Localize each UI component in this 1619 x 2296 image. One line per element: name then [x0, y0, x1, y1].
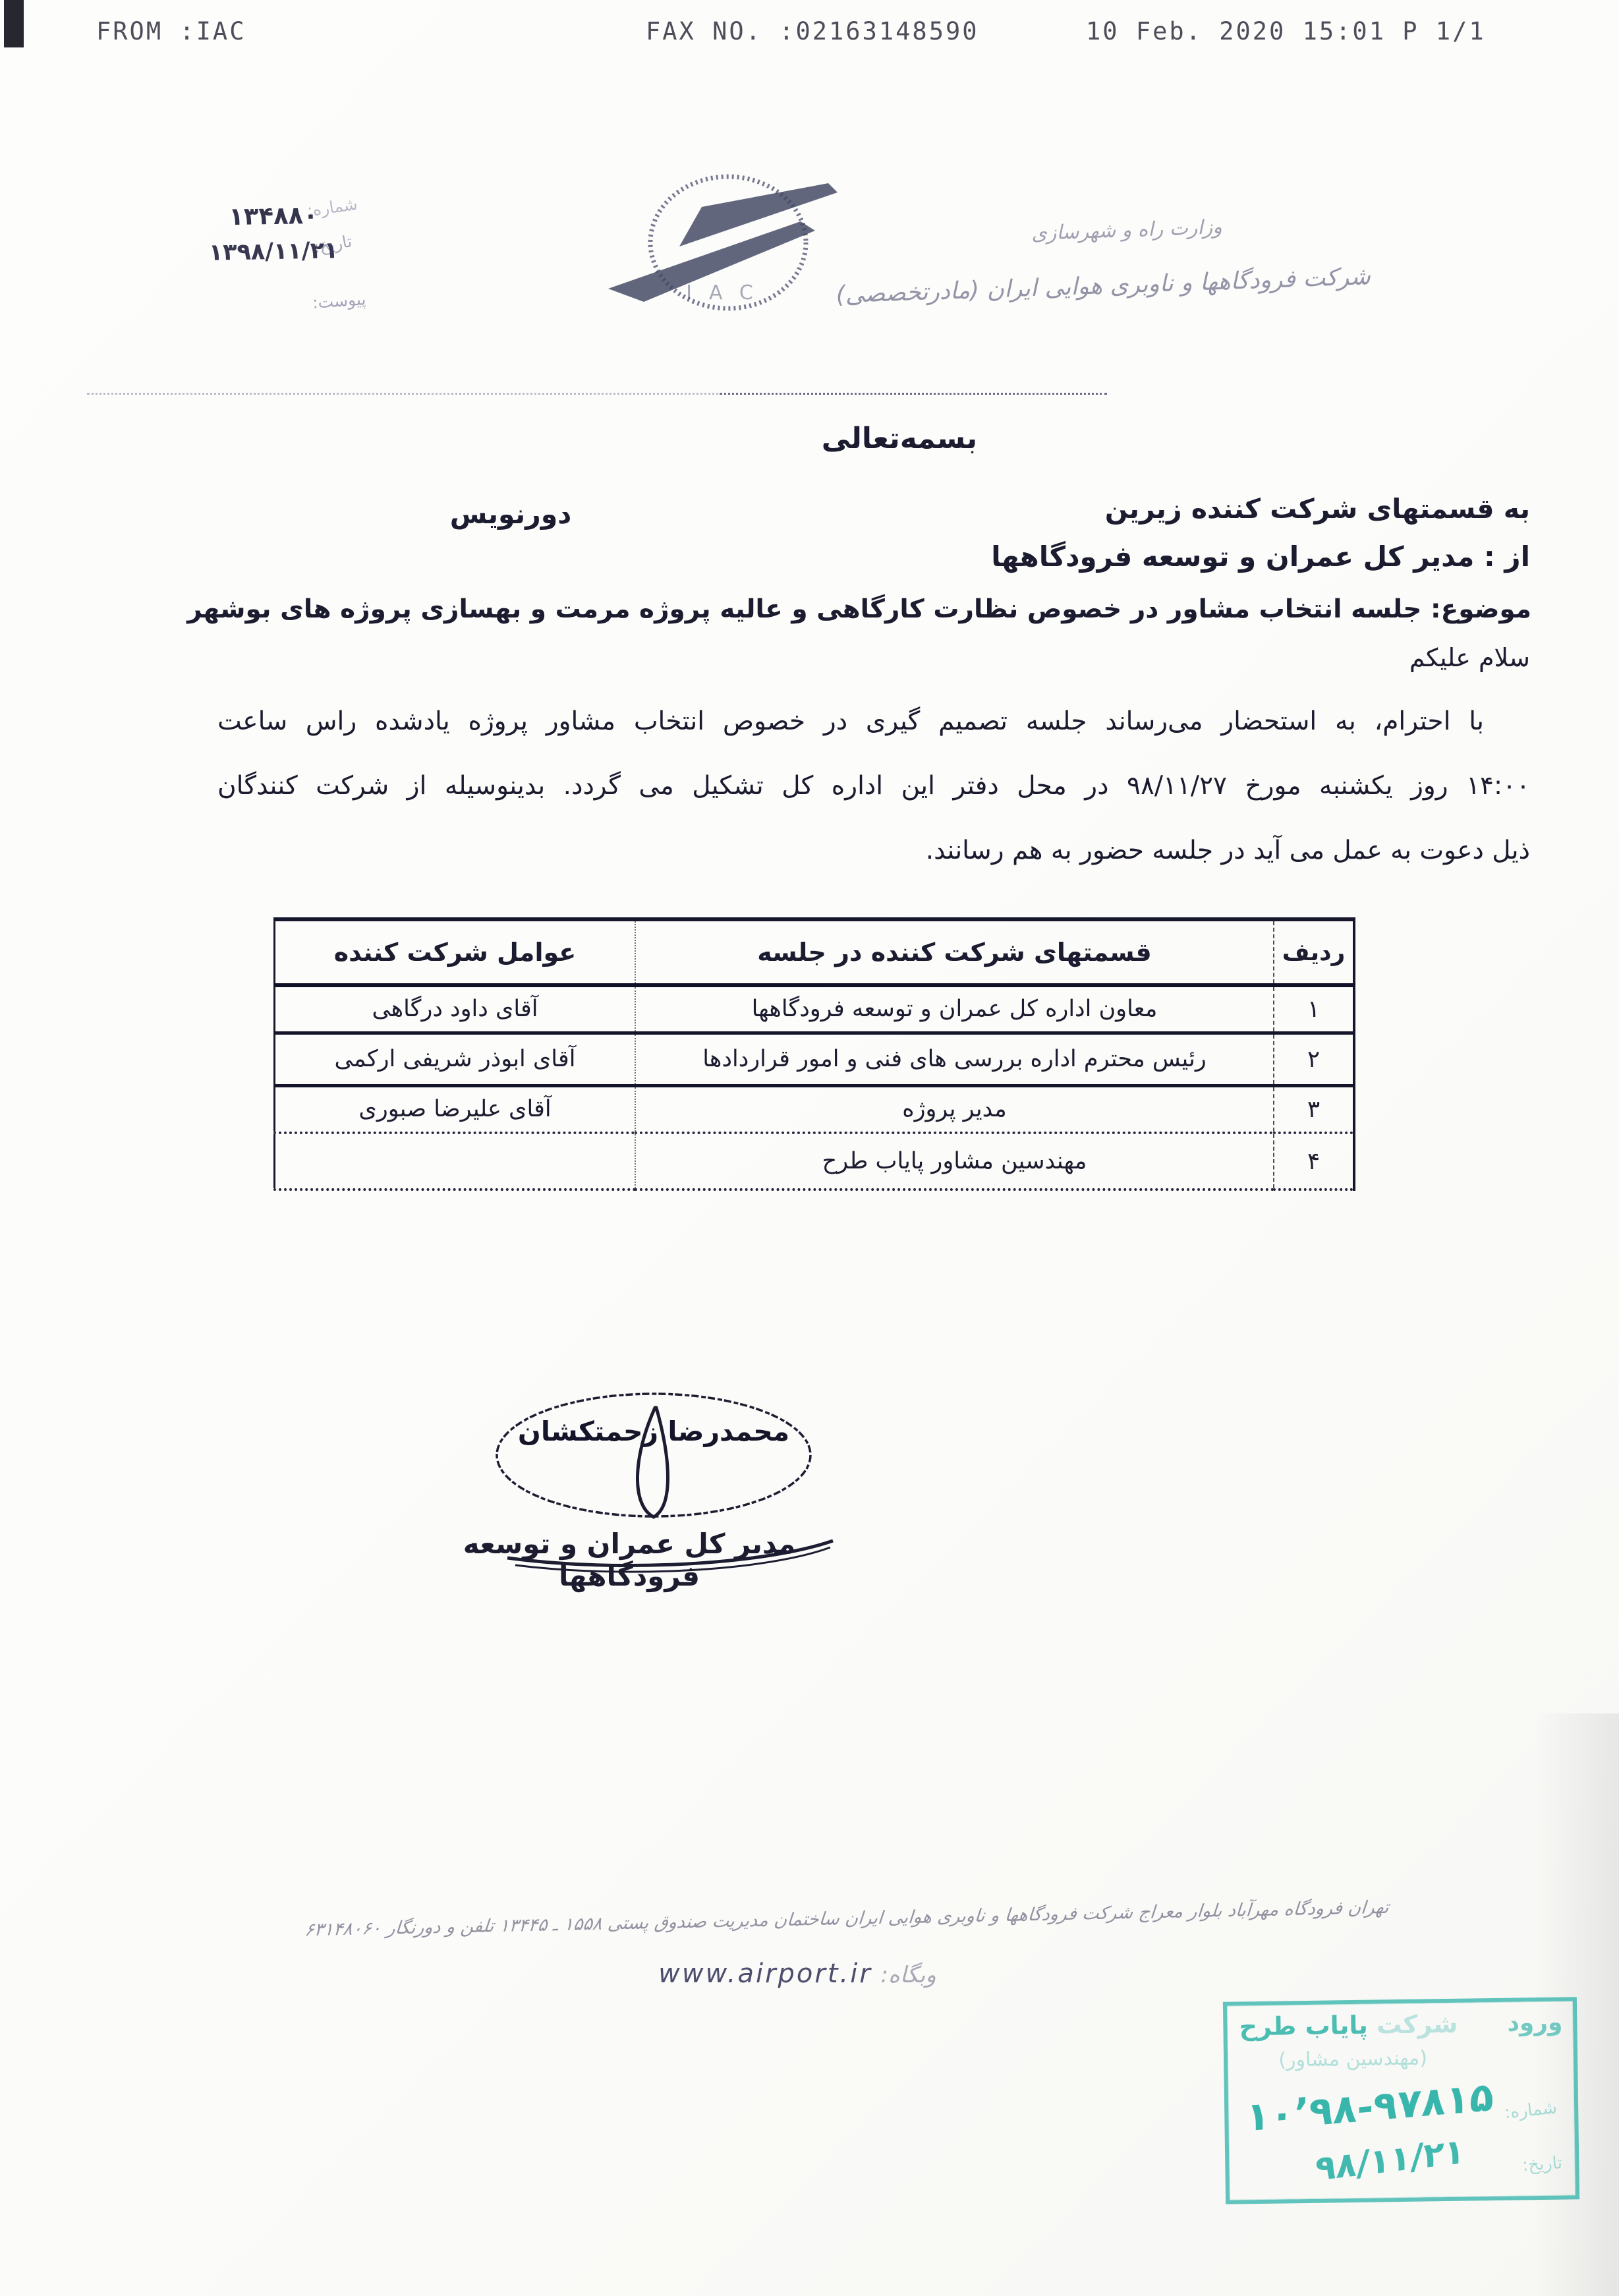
- stamp-company-subtitle: (مهندسین مشاور): [1264, 2046, 1442, 2072]
- body-line-3: ذیل دعوت به عمل می آید در جلسه حضور به ه…: [217, 818, 1530, 883]
- table-row: ۳ مدیر پروژه آقای علیرضا صبوری: [275, 1085, 1355, 1133]
- row-number: ۳: [1274, 1085, 1354, 1133]
- stamp-company-name: شرکت پایاب طرح: [1247, 2009, 1458, 2041]
- header-division: قسمتهای شرکت کننده در جلسه: [635, 919, 1274, 985]
- table-header-row: ردیف قسمتهای شرکت کننده در جلسه عوامل شر…: [275, 919, 1355, 985]
- footer-website-line: وبگاه: www.airport.ir: [540, 1959, 1054, 1989]
- iac-logo-icon: IAC: [603, 173, 847, 320]
- scan-corner-artifact: [4, 0, 24, 47]
- salutation: سلام علیکم: [1239, 643, 1530, 672]
- row-number: ۲: [1274, 1033, 1354, 1085]
- header-row-number: ردیف: [1274, 919, 1354, 985]
- header-agent: عوامل شرکت کننده: [275, 919, 636, 985]
- svg-text:IAC: IAC: [686, 281, 770, 304]
- subject-line: موضوع: جلسه انتخاب مشاور در خصوص نظارت ک…: [217, 594, 1531, 624]
- letterhead-divider-dotted-line-dense: [720, 393, 1107, 395]
- besmele-heading: بسمه‌تعالی: [702, 422, 1097, 455]
- website-url: www.airport.ir: [658, 1959, 872, 1989]
- body-paragraph: با احترام، به استحضار می‌رساند جلسه تصمی…: [217, 689, 1530, 883]
- stamp-date-label: تاریخ:: [1521, 2153, 1562, 2175]
- division-cell: مدیر پروژه: [635, 1085, 1274, 1133]
- stamp-entry-label: ورود: [1507, 2009, 1563, 2037]
- table-row: ۴ مهندسین مشاور پایاب طرح: [275, 1133, 1355, 1190]
- ministry-name: وزارت راه و شهرسازی: [942, 212, 1312, 248]
- fax-number: FAX NO. :02163148590: [646, 17, 979, 45]
- stamp-company-prefix: شرکت: [1377, 2009, 1458, 2040]
- stamp-company-main: پایاب طرح: [1239, 2011, 1368, 2042]
- division-cell: رئیس محترم اداره بررسی های فنی و امور قر…: [635, 1033, 1274, 1085]
- body-line-1: با احترام، به استحضار می‌رساند جلسه تصمی…: [217, 689, 1530, 754]
- signatory-title: مدیر کل عمران و توسعه فرودگاهها: [409, 1528, 850, 1592]
- agent-cell: [275, 1133, 636, 1190]
- agent-cell: آقای ابوذر شریفی ارکمی: [275, 1033, 636, 1085]
- agent-cell: آقای داود درگاهی: [275, 985, 636, 1033]
- row-number: ۴: [1274, 1133, 1354, 1190]
- stamp-number-label: شماره:: [1504, 2098, 1558, 2123]
- copy-type-label: دورنویس: [422, 498, 600, 530]
- letter-date: ۱۳۹۸/۱۱/۲۱: [152, 237, 396, 267]
- fax-from: FROM :IAC: [96, 17, 246, 45]
- attachment-label: پیوست:: [312, 289, 366, 312]
- received-stamp: ورود شرکت پایاب طرح (مهندسین مشاور) شمار…: [1223, 1997, 1579, 2204]
- from-line: از : مدیر کل عمران و توسعه فرودگاهها: [791, 540, 1530, 573]
- table-row: ۱ معاون اداره کل عمران و توسعه فرودگاهها…: [275, 985, 1355, 1033]
- company-name: شرکت فرودگاهها و ناوبری هوایی ایران (ماد…: [883, 263, 1371, 307]
- division-cell: معاون اداره کل عمران و توسعه فرودگاهها: [635, 985, 1274, 1033]
- table-row: ۲ رئیس محترم اداره بررسی های فنی و امور …: [275, 1033, 1355, 1085]
- stamp-date: ۹۸/۱۱/۲۱: [1315, 2131, 1465, 2189]
- fax-document-page: FROM :IAC FAX NO. :02163148590 10 Feb. 2…: [0, 0, 1619, 2296]
- body-line-2: ۱۴:۰۰ روز یکشنبه مورخ ۹۸/۱۱/۲۷ در محل دف…: [217, 754, 1530, 818]
- signatory-name: محمدرضا زحمتکشان: [518, 1416, 789, 1447]
- website-label: وبگاه:: [881, 1962, 936, 1988]
- fax-datetime: 10 Feb. 2020 15:01 P 1/1: [1086, 17, 1486, 45]
- agent-cell: آقای علیرضا صبوری: [275, 1085, 636, 1133]
- division-cell: مهندسین مشاور پایاب طرح: [635, 1133, 1274, 1190]
- signature-block: محمدرضا زحمتکشان مدیر کل عمران و توسعه ف…: [409, 1384, 870, 1595]
- recipient-line: به قسمتهای شرکت کننده زیرین: [791, 493, 1530, 525]
- stamp-registration-number: ۱۰٬۹۸-۹۷۸۱۵: [1245, 2074, 1494, 2141]
- row-number: ۱: [1274, 985, 1354, 1033]
- footer-address: تهران فرودگاه مهرآباد بلوار معراج شرکت ف…: [217, 1895, 1477, 1942]
- participants-table: ردیف قسمتهای شرکت کننده در جلسه عوامل شر…: [273, 917, 1355, 1191]
